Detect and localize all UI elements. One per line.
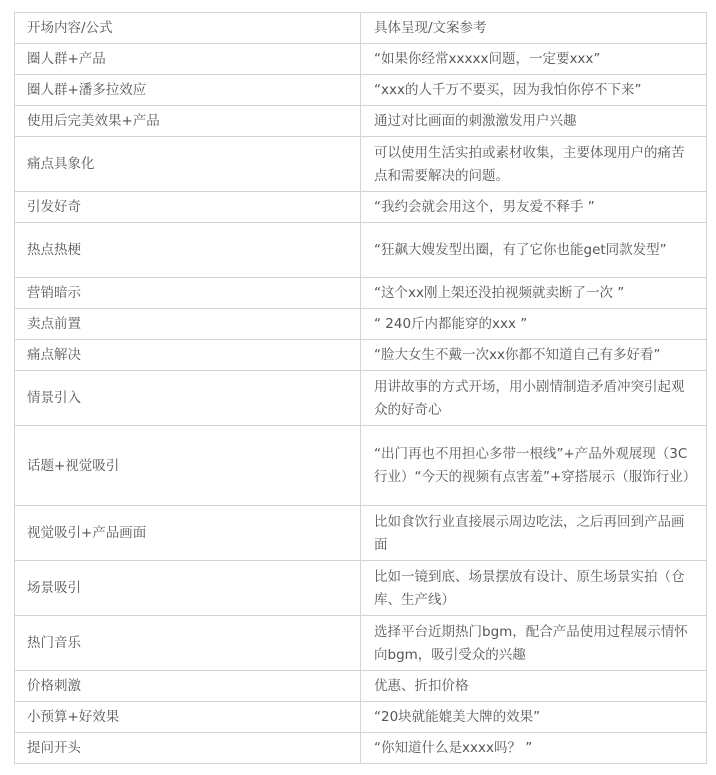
formula-cell: 圈人群+潘多拉效应 <box>15 75 361 106</box>
reference-cell: 选择平台近期热门bgm，配合产品使用过程展示情怀向bgm，吸引受众的兴趣 <box>361 616 707 671</box>
table-row: 话题+视觉吸引“出门再也不用担心多带一根线”+产品外观展现（3C行业）“今天的视… <box>15 426 707 506</box>
table-row: 圈人群+产品“如果你经常xxxxx问题，一定要xxx” <box>15 44 707 75</box>
table-header-row: 开场内容/公式 具体呈现/文案参考 <box>15 13 707 44</box>
formula-cell: 情景引入 <box>15 371 361 426</box>
formula-cell: 引发好奇 <box>15 192 361 223</box>
table-row: 价格刺激优惠、折扣价格 <box>15 671 707 702</box>
table-row: 场景吸引比如一镜到底、场景摆放有设计、原生场景实拍（仓库、生产线） <box>15 561 707 616</box>
table-row: 引发好奇“我约会就会用这个，男友爱不释手 ” <box>15 192 707 223</box>
table-row: 提问开头“你知道什么是xxxx吗？ ” <box>15 733 707 764</box>
formula-cell: 热门音乐 <box>15 616 361 671</box>
formula-cell: 使用后完美效果+产品 <box>15 106 361 137</box>
formula-cell: 卖点前置 <box>15 309 361 340</box>
table-row: 卖点前置“ 240斤内都能穿的xxx ” <box>15 309 707 340</box>
formula-cell: 痛点具象化 <box>15 137 361 192</box>
table-row: 使用后完美效果+产品通过对比画面的刺激激发用户兴趣 <box>15 106 707 137</box>
formula-cell: 小预算+好效果 <box>15 702 361 733</box>
formula-cell: 价格刺激 <box>15 671 361 702</box>
reference-cell: “狂飙大嫂发型出圈，有了它你也能get同款发型” <box>361 223 707 278</box>
table-row: 视觉吸引+产品画面比如食饮行业直接展示周边吃法，之后再回到产品画面 <box>15 506 707 561</box>
table-row: 热门音乐选择平台近期热门bgm，配合产品使用过程展示情怀向bgm，吸引受众的兴趣 <box>15 616 707 671</box>
formula-cell: 圈人群+产品 <box>15 44 361 75</box>
reference-cell: 可以使用生活实拍或素材收集，主要体现用户的痛苦点和需要解决的问题。 <box>361 137 707 192</box>
header-reference: 具体呈现/文案参考 <box>361 13 707 44</box>
table-row: 情景引入用讲故事的方式开场，用小剧情制造矛盾冲突引起观众的好奇心 <box>15 371 707 426</box>
formula-cell: 痛点解决 <box>15 340 361 371</box>
header-formula: 开场内容/公式 <box>15 13 361 44</box>
reference-cell: “脸大女生不戴一次xx你都不知道自己有多好看” <box>361 340 707 371</box>
reference-cell: “你知道什么是xxxx吗？ ” <box>361 733 707 764</box>
formula-cell: 视觉吸引+产品画面 <box>15 506 361 561</box>
reference-cell: “如果你经常xxxxx问题，一定要xxx” <box>361 44 707 75</box>
table-row: 小预算+好效果“20块就能媲美大牌的效果” <box>15 702 707 733</box>
reference-cell: “我约会就会用这个，男友爱不释手 ” <box>361 192 707 223</box>
formula-cell: 话题+视觉吸引 <box>15 426 361 506</box>
formula-cell: 场景吸引 <box>15 561 361 616</box>
table-row: 圈人群+潘多拉效应“xxx的人千万不要买，因为我怕你停不下来” <box>15 75 707 106</box>
reference-cell: “ 240斤内都能穿的xxx ” <box>361 309 707 340</box>
reference-cell: 用讲故事的方式开场，用小剧情制造矛盾冲突引起观众的好奇心 <box>361 371 707 426</box>
table-row: 营销暗示“这个xx刚上架还没拍视频就卖断了一次 ” <box>15 278 707 309</box>
formula-cell: 提问开头 <box>15 733 361 764</box>
reference-cell: 比如食饮行业直接展示周边吃法，之后再回到产品画面 <box>361 506 707 561</box>
reference-cell: 通过对比画面的刺激激发用户兴趣 <box>361 106 707 137</box>
table-row: 痛点解决“脸大女生不戴一次xx你都不知道自己有多好看” <box>15 340 707 371</box>
formula-cell: 营销暗示 <box>15 278 361 309</box>
formula-cell: 热点热梗 <box>15 223 361 278</box>
reference-cell: 优惠、折扣价格 <box>361 671 707 702</box>
reference-cell: 比如一镜到底、场景摆放有设计、原生场景实拍（仓库、生产线） <box>361 561 707 616</box>
opening-formula-table: 开场内容/公式 具体呈现/文案参考 圈人群+产品“如果你经常xxxxx问题，一定… <box>14 12 707 764</box>
reference-cell: “这个xx刚上架还没拍视频就卖断了一次 ” <box>361 278 707 309</box>
reference-cell: “出门再也不用担心多带一根线”+产品外观展现（3C行业）“今天的视频有点害羞”+… <box>361 426 707 506</box>
table-row: 痛点具象化可以使用生活实拍或素材收集，主要体现用户的痛苦点和需要解决的问题。 <box>15 137 707 192</box>
reference-cell: “20块就能媲美大牌的效果” <box>361 702 707 733</box>
reference-cell: “xxx的人千万不要买，因为我怕你停不下来” <box>361 75 707 106</box>
table-row: 热点热梗“狂飙大嫂发型出圈，有了它你也能get同款发型” <box>15 223 707 278</box>
